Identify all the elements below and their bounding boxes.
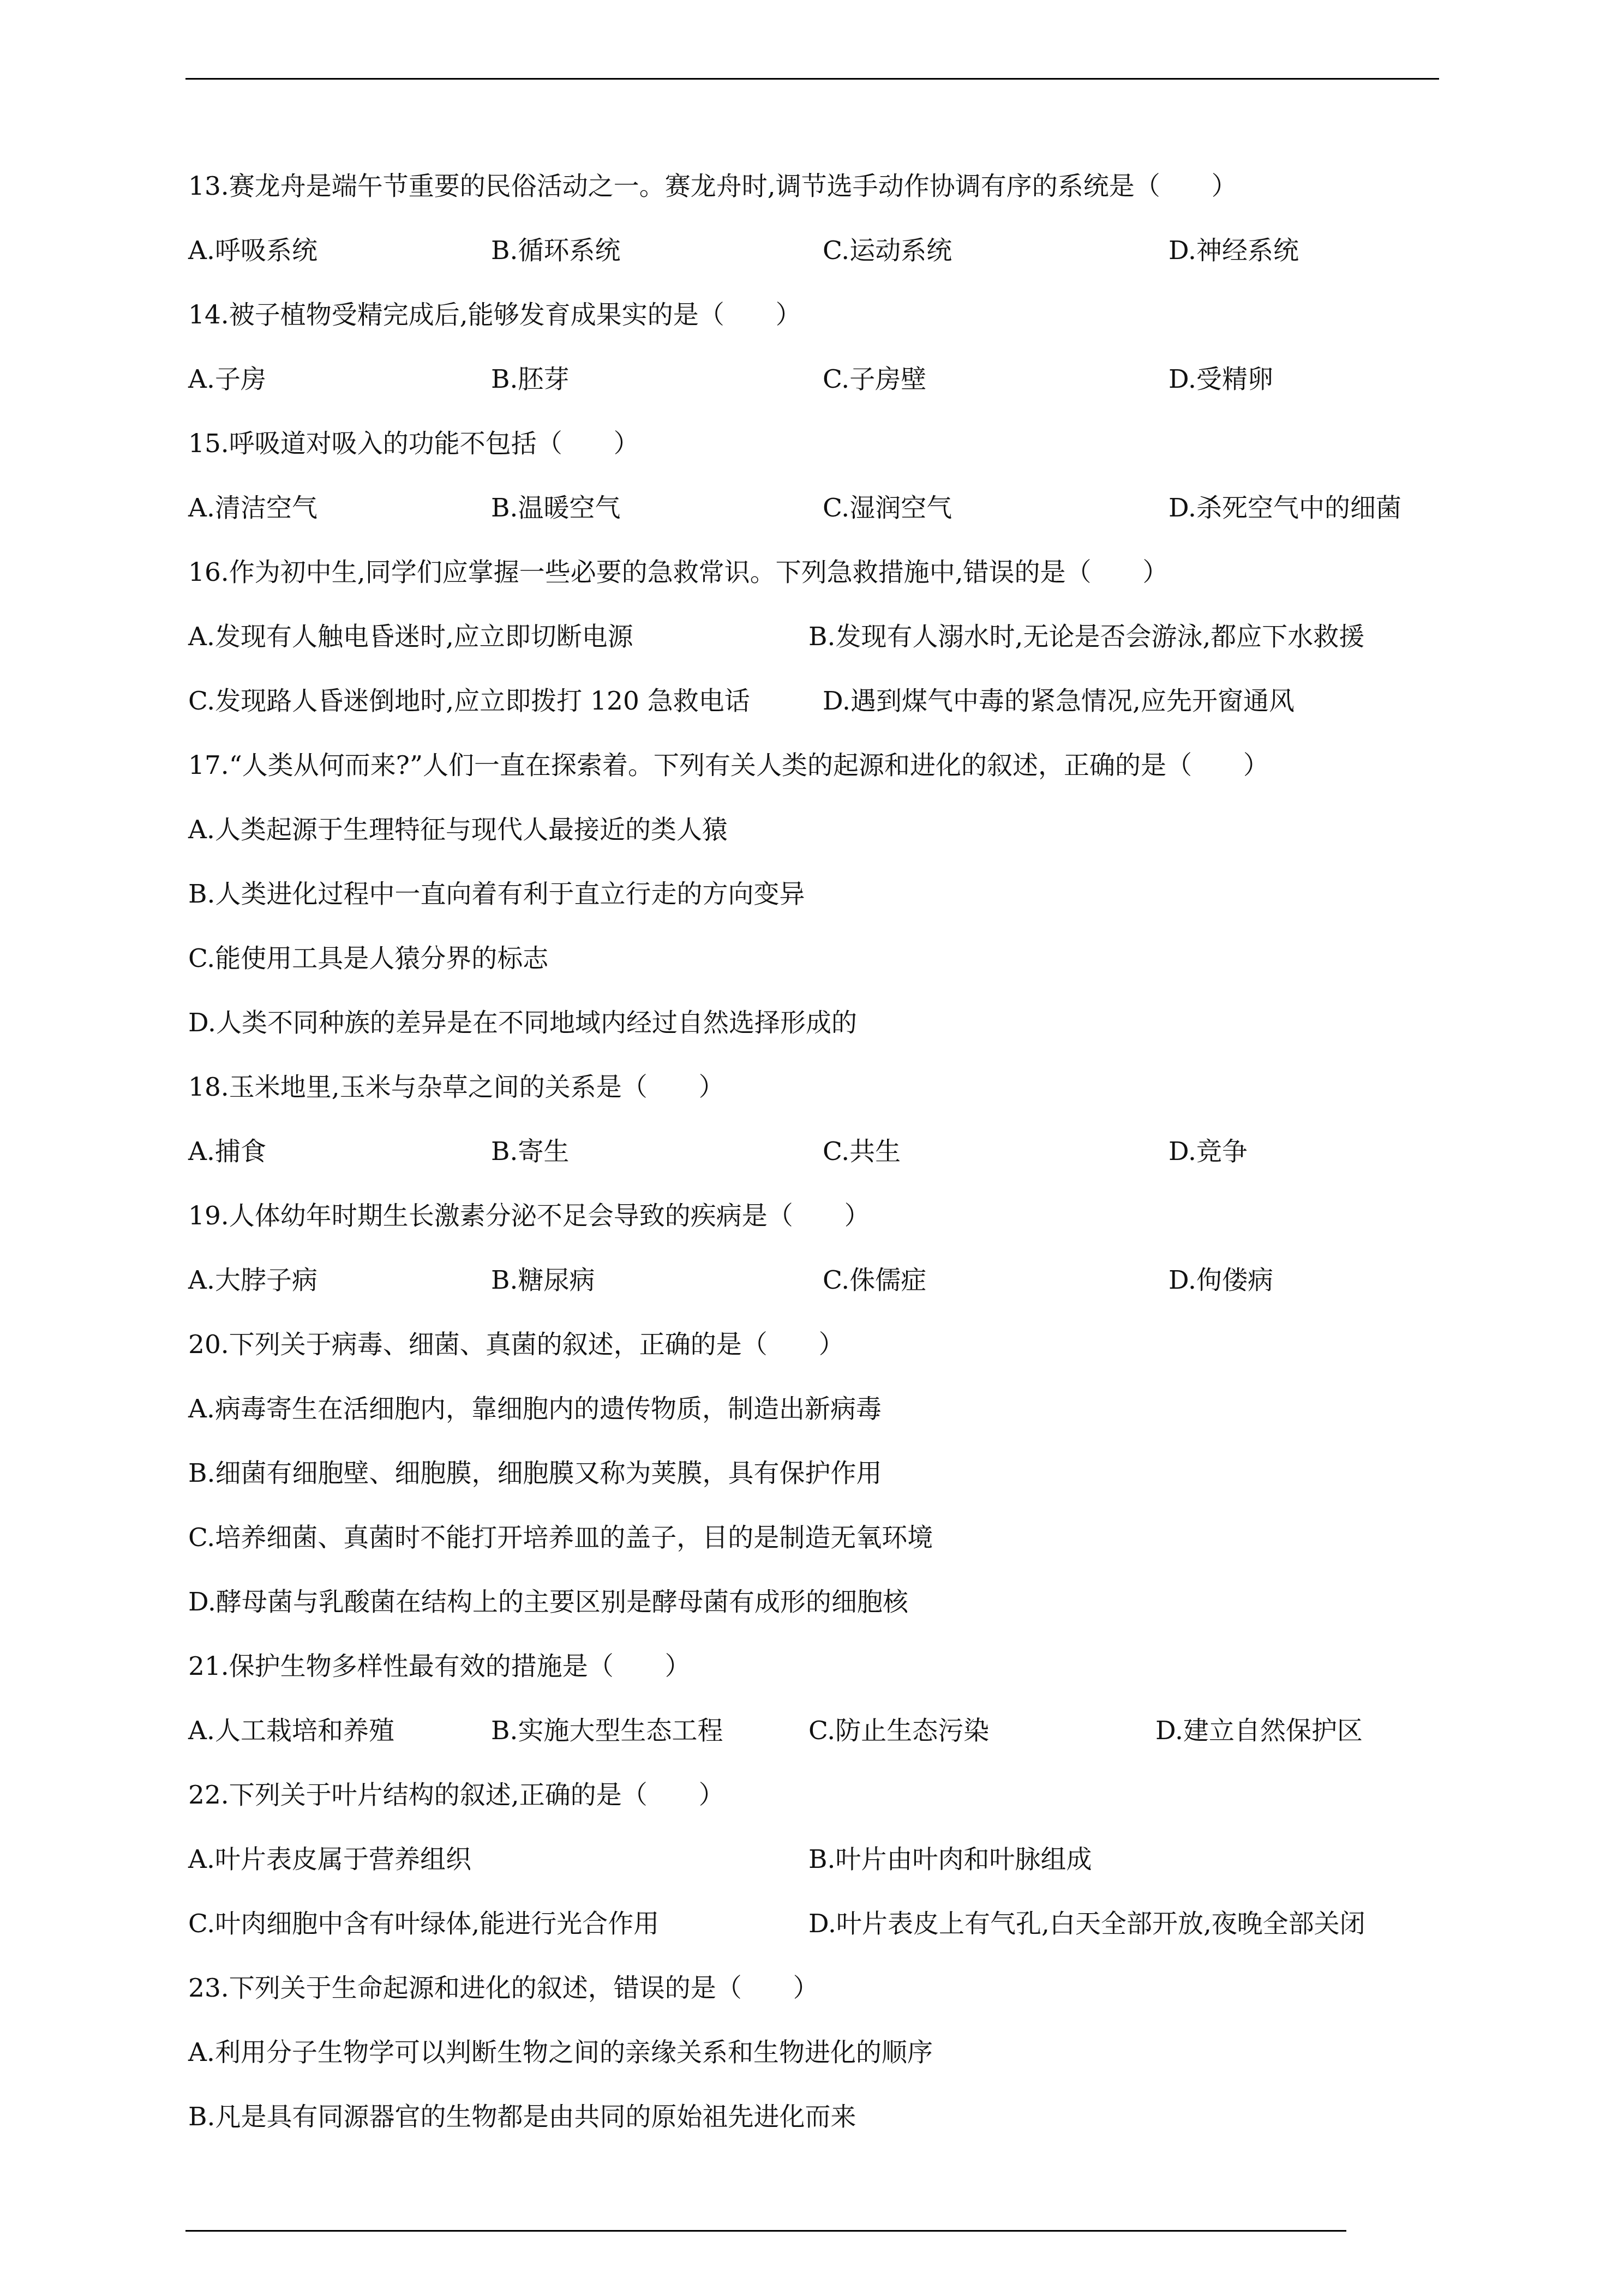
question-21-stem: 21.保护生物多样性最有效的措施是（ ）	[188, 1650, 691, 1683]
question-14-stem: 14.被子植物受精完成后,能够发育成果实的是（ ）	[188, 299, 801, 332]
question-22-stem: 22.下列关于叶片结构的叙述,正确的是（ ）	[188, 1779, 724, 1812]
q15-option-a: A.清洁空气	[188, 492, 317, 525]
question-17-stem: 17.“人类从何而来?”人们一直在探索着。下列有关人类的起源和进化的叙述，正确的…	[188, 749, 1269, 782]
q16-option-a: A.发现有人触电昏迷时,应立即切断电源	[188, 621, 633, 653]
q19-option-d: D.佝偻病	[1168, 1264, 1273, 1297]
q16-option-c: C.发现路人昏迷倒地时,应立即拨打 120 急救电话	[188, 685, 750, 718]
question-23-stem: 23.下列关于生命起源和进化的叙述，错误的是（ ）	[188, 1972, 819, 2005]
q17-option-a: A.人类起源于生理特征与现代人最接近的类人猿	[188, 814, 728, 846]
q21-option-b: B.实施大型生态工程	[491, 1715, 723, 1747]
q20-option-b: B.细菌有细胞壁、细胞膜，细胞膜又称为荚膜，具有保护作用	[188, 1457, 882, 1490]
q22-option-b: B.叶片由叶肉和叶脉组成	[808, 1843, 1092, 1876]
q16-option-b: B.发现有人溺水时,无论是否会游泳,都应下水救援	[808, 621, 1364, 653]
q23-option-b: B.凡是具有同源器官的生物都是由共同的原始祖先进化而来	[188, 2101, 856, 2133]
q15-option-d: D.杀死空气中的细菌	[1168, 492, 1401, 525]
question-20-stem: 20.下列关于病毒、细菌、真菌的叙述，正确的是（ ）	[188, 1329, 844, 1361]
header-rule	[185, 78, 1439, 80]
q13-option-c: C.运动系统	[823, 235, 952, 267]
q22-option-a: A.叶片表皮属于营养组织	[188, 1843, 471, 1876]
q18-option-d: D.竞争	[1168, 1135, 1248, 1168]
q19-option-c: C.侏儒症	[823, 1264, 926, 1297]
q20-option-a: A.病毒寄生在活细胞内，靠细胞内的遗传物质，制造出新病毒	[188, 1393, 882, 1426]
q17-option-d: D.人类不同种族的差异是在不同地域内经过自然选择形成的	[188, 1007, 857, 1039]
q20-option-c: C.培养细菌、真菌时不能打开培养皿的盖子，目的是制造无氧环境	[188, 1522, 933, 1554]
q22-option-c: C.叶肉细胞中含有叶绿体,能进行光合作用	[188, 1908, 659, 1940]
q13-option-b: B.循环系统	[491, 235, 620, 267]
q17-option-c: C.能使用工具是人猿分界的标志	[188, 942, 548, 975]
q19-option-b: B.糖尿病	[491, 1264, 595, 1297]
q20-option-d: D.酵母菌与乳酸菌在结构上的主要区别是酵母菌有成形的细胞核	[188, 1586, 908, 1619]
footer-rule	[185, 2230, 1346, 2232]
question-16-stem: 16.作为初中生,同学们应掌握一些必要的急救常识。下列急救措施中,错误的是（ ）	[188, 556, 1168, 589]
q18-option-c: C.共生	[823, 1135, 901, 1168]
q21-option-a: A.人工栽培和养殖	[188, 1715, 394, 1747]
q21-option-d: D.建立自然保护区	[1155, 1715, 1363, 1747]
q15-option-c: C.湿润空气	[823, 492, 952, 525]
q14-option-c: C.子房壁	[823, 363, 926, 396]
question-19-stem: 19.人体幼年时期生长激素分泌不足会导致的疾病是（ ）	[188, 1200, 870, 1233]
q19-option-a: A.大脖子病	[188, 1264, 317, 1297]
q13-option-d: D.神经系统	[1168, 235, 1299, 267]
q14-option-b: B.胚芽	[491, 363, 569, 396]
q14-option-d: D.受精卵	[1168, 363, 1273, 396]
q18-option-a: A.捕食	[188, 1135, 266, 1168]
q22-option-d: D.叶片表皮上有气孔,白天全部开放,夜晚全部关闭	[808, 1908, 1365, 1940]
q15-option-b: B.温暖空气	[491, 492, 620, 525]
q13-option-a: A.呼吸系统	[188, 235, 317, 267]
q21-option-c: C.防止生态污染	[808, 1715, 989, 1747]
question-13-stem: 13.赛龙舟是端午节重要的民俗活动之一。赛龙舟时,调节选手动作协调有序的系统是（…	[188, 170, 1237, 203]
q23-option-a: A.利用分子生物学可以判断生物之间的亲缘关系和生物进化的顺序	[188, 2036, 933, 2069]
q16-option-d: D.遇到煤气中毒的紧急情况,应先开窗通风	[823, 685, 1295, 718]
question-15-stem: 15.呼吸道对吸入的功能不包括（ ）	[188, 428, 639, 460]
q14-option-a: A.子房	[188, 363, 266, 396]
q17-option-b: B.人类进化过程中一直向着有利于直立行走的方向变异	[188, 878, 805, 911]
question-18-stem: 18.玉米地里,玉米与杂草之间的关系是（ ）	[188, 1071, 724, 1104]
q18-option-b: B.寄生	[491, 1135, 569, 1168]
